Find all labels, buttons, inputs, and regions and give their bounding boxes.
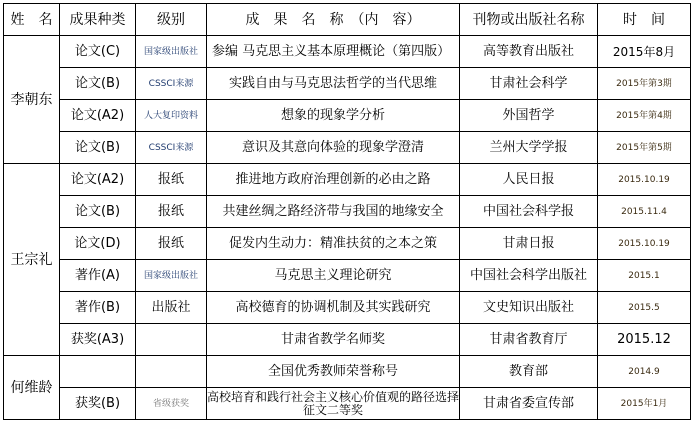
person-name: 李朝东 <box>4 36 60 164</box>
cell-publisher: 甘肃省教育厅 <box>460 324 598 356</box>
cell-level: 国家级出版社 <box>136 260 207 292</box>
cell-title: 参编 马克思主义基本原理概论（第四版） <box>207 36 460 68</box>
cell-type <box>60 356 136 388</box>
cell-publisher: 兰州大学学报 <box>460 132 598 164</box>
cell-level <box>136 324 207 356</box>
cell-title: 高校德育的协调机制及其实践研究 <box>207 292 460 324</box>
cell-level: 报纸 <box>136 164 207 196</box>
cell-publisher: 文史知识出版社 <box>460 292 598 324</box>
cell-publisher: 甘肃社会科学 <box>460 68 598 100</box>
cell-date: 2015.10.19 <box>598 164 691 196</box>
cell-date: 2015年第5期 <box>598 132 691 164</box>
cell-type: 论文(B) <box>60 68 136 100</box>
cell-title: 全国优秀教师荣誉称号 <box>207 356 460 388</box>
table-row: 论文(B) CSSCI来源 实践自由与马克思法哲学的当代思维 甘肃社会科学 20… <box>4 68 691 100</box>
cell-title: 共建丝绸之路经济带与我国的地缘安全 <box>207 196 460 228</box>
table-row: 论文(B) 报纸 共建丝绸之路经济带与我国的地缘安全 中国社会科学报 2015.… <box>4 196 691 228</box>
cell-publisher: 教育部 <box>460 356 598 388</box>
header-title: 成 果 名 称 （内 容） <box>207 4 460 36</box>
cell-date: 2015年8月 <box>598 36 691 68</box>
cell-title: 促发内生动力：精准扶贫的之本之策 <box>207 228 460 260</box>
cell-type: 论文(B) <box>60 196 136 228</box>
header-row: 姓 名 成果种类 级别 成 果 名 称 （内 容） 刊物或出版社名称 时 间 <box>4 4 691 36</box>
header-date: 时 间 <box>598 4 691 36</box>
cell-type: 论文(A2) <box>60 164 136 196</box>
cell-type: 论文(B) <box>60 132 136 164</box>
cell-date: 2015年第4期 <box>598 100 691 132</box>
table-row: 著作(B) 出版社 高校德育的协调机制及其实践研究 文史知识出版社 2015.5 <box>4 292 691 324</box>
cell-type: 论文(A2) <box>60 100 136 132</box>
cell-publisher: 中国社会科学报 <box>460 196 598 228</box>
cell-type: 著作(B) <box>60 292 136 324</box>
cell-title: 推进地方政府治理创新的必由之路 <box>207 164 460 196</box>
header-publisher: 刊物或出版社名称 <box>460 4 598 36</box>
table-row: 著作(A) 国家级出版社 马克思主义理论研究 中国社会科学出版社 2015.1 <box>4 260 691 292</box>
cell-date: 2015.12 <box>598 324 691 356</box>
table-row: 获奖(B) 省级获奖 高校培育和践行社会主义核心价值观的路径选择 征文二等奖 甘… <box>4 388 691 420</box>
cell-type: 论文(D) <box>60 228 136 260</box>
cell-level: 人大复印资料 <box>136 100 207 132</box>
cell-title: 马克思主义理论研究 <box>207 260 460 292</box>
table-row: 李朝东 论文(C) 国家级出版社 参编 马克思主义基本原理概论（第四版） 高等教… <box>4 36 691 68</box>
cell-level: 报纸 <box>136 228 207 260</box>
cell-level: 省级获奖 <box>136 388 207 420</box>
cell-date: 2015.11.4 <box>598 196 691 228</box>
cell-type: 获奖(A3) <box>60 324 136 356</box>
header-type: 成果种类 <box>60 4 136 36</box>
cell-date: 2015.1 <box>598 260 691 292</box>
header-level: 级别 <box>136 4 207 36</box>
person-name: 王宗礼 <box>4 164 60 356</box>
achievements-table: 姓 名 成果种类 级别 成 果 名 称 （内 容） 刊物或出版社名称 时 间 李… <box>3 3 691 420</box>
cell-publisher: 甘肃日报 <box>460 228 598 260</box>
cell-date: 2015年第3期 <box>598 68 691 100</box>
cell-level: CSSCI来源 <box>136 132 207 164</box>
table-row: 论文(B) CSSCI来源 意识及其意向体验的现象学澄清 兰州大学学报 2015… <box>4 132 691 164</box>
cell-publisher: 人民日报 <box>460 164 598 196</box>
cell-title: 意识及其意向体验的现象学澄清 <box>207 132 460 164</box>
cell-date: 2015.5 <box>598 292 691 324</box>
table-row: 何维龄 全国优秀教师荣誉称号 教育部 2014.9 <box>4 356 691 388</box>
cell-date: 2014.9 <box>598 356 691 388</box>
cell-title: 实践自由与马克思法哲学的当代思维 <box>207 68 460 100</box>
cell-date: 2015.10.19 <box>598 228 691 260</box>
cell-level: 出版社 <box>136 292 207 324</box>
person-name: 何维龄 <box>4 356 60 420</box>
cell-date: 2015年1月 <box>598 388 691 420</box>
cell-title: 高校培育和践行社会主义核心价值观的路径选择 征文二等奖 <box>207 388 460 420</box>
cell-type: 论文(C) <box>60 36 136 68</box>
cell-level <box>136 356 207 388</box>
cell-publisher: 高等教育出版社 <box>460 36 598 68</box>
cell-type: 著作(A) <box>60 260 136 292</box>
cell-type: 获奖(B) <box>60 388 136 420</box>
cell-level: 报纸 <box>136 196 207 228</box>
cell-title: 想象的现象学分析 <box>207 100 460 132</box>
cell-publisher: 外国哲学 <box>460 100 598 132</box>
table-row: 论文(D) 报纸 促发内生动力：精准扶贫的之本之策 甘肃日报 2015.10.1… <box>4 228 691 260</box>
cell-level: 国家级出版社 <box>136 36 207 68</box>
cell-publisher: 甘肃省委宣传部 <box>460 388 598 420</box>
cell-title: 甘肃省教学名师奖 <box>207 324 460 356</box>
table-row: 获奖(A3) 甘肃省教学名师奖 甘肃省教育厅 2015.12 <box>4 324 691 356</box>
table-row: 论文(A2) 人大复印资料 想象的现象学分析 外国哲学 2015年第4期 <box>4 100 691 132</box>
cell-level: CSSCI来源 <box>136 68 207 100</box>
header-name: 姓 名 <box>4 4 60 36</box>
table-row: 王宗礼 论文(A2) 报纸 推进地方政府治理创新的必由之路 人民日报 2015.… <box>4 164 691 196</box>
cell-publisher: 中国社会科学出版社 <box>460 260 598 292</box>
